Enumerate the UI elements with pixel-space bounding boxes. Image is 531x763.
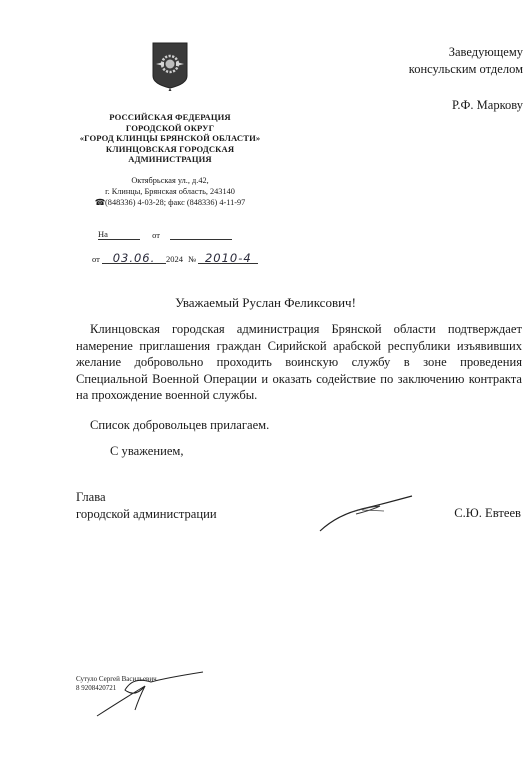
header-line-district: ГОРОДСКОЙ ОКРУГ: [70, 123, 270, 134]
outgoing-date-field: 03.06.: [102, 249, 166, 264]
address-phones-line: ☎(848336) 4-03-28; факс (848336) 4-11-97: [70, 197, 270, 208]
header-line-admin2: АДМИНИСТРАЦИЯ: [70, 154, 270, 165]
handwritten-signature-icon: [318, 474, 414, 534]
signatory-title: Глава городской администрации: [76, 489, 217, 523]
header-line-admin1: КЛИНЦОВСКАЯ ГОРОДСКАЯ: [70, 144, 270, 155]
closing: С уважением,: [110, 444, 184, 459]
address-phones: (848336) 4-03-28; факс (848336) 4-11-97: [105, 198, 245, 207]
incoming-date-field: [170, 239, 232, 240]
signatory-title-line2: городской администрации: [76, 506, 217, 523]
year: 2024: [166, 254, 183, 264]
signatory-title-line1: Глава: [76, 489, 217, 506]
coat-of-arms-icon: [152, 42, 188, 88]
na-label: На: [98, 229, 108, 239]
incoming-number-field: На: [98, 229, 140, 240]
date-prefix: от: [92, 254, 100, 264]
salutation: Уважаемый Руслан Феликсович!: [0, 295, 531, 311]
handwritten-initials-icon: [95, 668, 205, 718]
signatory-name: С.Ю. Евтеев: [454, 506, 521, 521]
handwritten-date: 03.06.: [113, 251, 156, 265]
outgoing-number-field: 2010-4: [198, 249, 258, 264]
address-city: г. Клинцы, Брянская область, 243140: [70, 186, 270, 197]
letter-body: Клинцовская городская администрация Брян…: [76, 321, 522, 404]
organization-address: Октябрьская ул., д.42, г. Клинцы, Брянск…: [70, 175, 270, 208]
header-line-country: РОССИЙСКАЯ ФЕДЕРАЦИЯ: [70, 112, 270, 123]
body-paragraph: Клинцовская городская администрация Брян…: [76, 321, 522, 404]
recipient-block: Заведующему консульским отделом: [409, 44, 523, 78]
attachment-note: Список добровольцев прилагаем.: [90, 418, 269, 433]
organization-header: РОССИЙСКАЯ ФЕДЕРАЦИЯ ГОРОДСКОЙ ОКРУГ «ГО…: [70, 112, 270, 165]
reference-incoming: На от: [98, 229, 232, 240]
address-street: Октябрьская ул., д.42,: [70, 175, 270, 186]
ot-label: от: [152, 230, 160, 240]
reference-outgoing: от 03.06.2024 № 2010-4: [92, 249, 258, 264]
recipient-name: Р.Ф. Маркову: [452, 98, 523, 113]
header-line-city: «ГОРОД КЛИНЦЫ БРЯНСКОЙ ОБЛАСТИ»: [70, 133, 270, 144]
recipient-position: Заведующему: [409, 44, 523, 61]
number-label: №: [188, 254, 196, 264]
telephone-icon: ☎: [95, 198, 105, 207]
handwritten-number: 2010-4: [205, 251, 252, 265]
recipient-department: консульским отделом: [409, 61, 523, 78]
